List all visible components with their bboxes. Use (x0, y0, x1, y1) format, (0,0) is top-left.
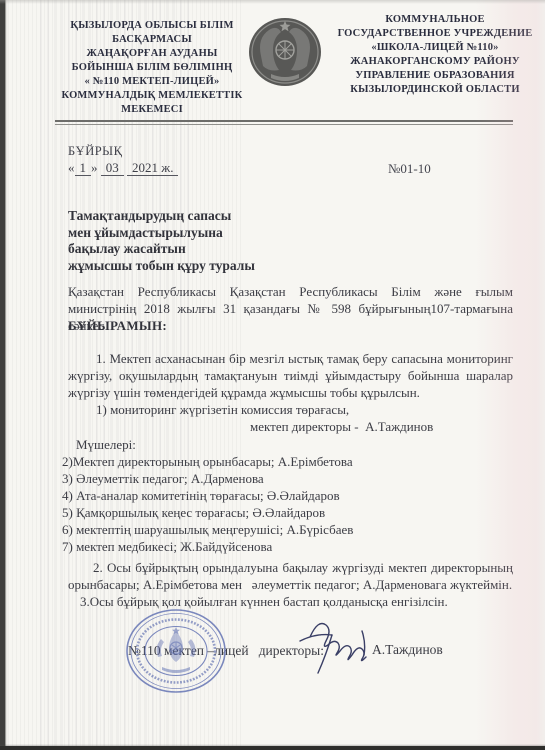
order-title: Тамақтандырудың сапасы мен ұйымдастырылу… (68, 208, 368, 274)
commission-chair: мектеп директоры - А.Таждинов (68, 418, 513, 435)
member-item: 4) Ата-аналар комитетінің төрағасы; Ә.Әл… (62, 487, 514, 504)
member-item: 3) Әлеуметтік педагог; А.Дарменова (62, 470, 514, 487)
item1-line: 1. Мектеп асханасынан бір мезгіл ыстық т… (68, 350, 513, 367)
item2-line: орынбасары; А.Ерімбетова мен әлеуметтік … (68, 576, 513, 593)
order-date: «1» 03 2021 ж. (68, 160, 178, 176)
scan-tint (475, 0, 545, 750)
scanned-order-document: ҚЫЗЫЛОРДА ОБЛЫСЫ БІЛІМ БАСҚАРМАСЫ ЖАҢАҚО… (0, 0, 545, 750)
quote-open: « (68, 160, 75, 175)
title-line: жұмысшы тобын құру туралы (68, 258, 368, 275)
letterhead-line: ҚЫЗЫЛОРДА ОБЛЫСЫ БІЛІМ (56, 19, 248, 33)
order-items-2-3: 2. Осы бұйрықтың орындалуына бақылау жүр… (68, 559, 513, 610)
member-item: 6) мектептің шаруашылық меңгерушісі; А.Б… (62, 521, 514, 538)
letterhead-line: БОЙЫНША БІЛІМ БӨЛІМІНҢ (56, 61, 248, 75)
letterhead-line: ЖАҢАҚОРҒАН АУДАНЫ (56, 47, 248, 61)
letterhead-line: « №110 МЕКТЕП-ЛИЦЕЙ» (56, 75, 248, 89)
director-name: А.Таждинов (372, 642, 443, 658)
scan-edge-bottom (0, 744, 545, 750)
resolve-word: БҰЙЫРАМЫН: (68, 317, 513, 334)
preamble: Қазақстан Республикасы Қазақстан Республ… (68, 283, 513, 334)
members-heading: Мүшелері: (62, 436, 514, 453)
letterhead-line: МЕКЕМЕСІ (56, 103, 248, 117)
official-seal-icon (124, 605, 228, 702)
member-item: 2)Мектеп директорының орынбасары; А.Ерім… (62, 453, 514, 470)
quote-close: » (91, 160, 98, 175)
director-signature-icon (296, 611, 378, 680)
item2-line: 2. Осы бұйрықтың орындалуына бақылау жүр… (68, 559, 513, 576)
letterhead-line: КОММУНАЛДЫҚ МЕМЛЕКЕТТІК (56, 89, 248, 103)
item1-line: жүргізу үшін төмендегідей құрамда жұмысш… (68, 384, 513, 401)
title-line: мен ұйымдастырылуына (68, 225, 368, 242)
item1-subitem: 1) мониторинг жүргізетін комиссия төраға… (68, 401, 513, 418)
scan-edge-top (0, 0, 545, 4)
item1-line: жүргізу, оқушылардың тамақтануын тиімді … (68, 367, 513, 384)
order-month: 03 (101, 160, 124, 176)
header-divider (55, 120, 513, 125)
kazakhstan-coat-of-arms-icon (247, 16, 323, 93)
order-year: 2021 ж. (127, 160, 178, 176)
member-item: 7) мектеп медбикесі; Ж.Байдүйсенова (62, 538, 514, 555)
order-item-1: 1. Мектеп асханасынан бір мезгіл ыстық т… (68, 350, 513, 435)
member-item: 5) Қамқоршылық кеңес төрағасы; Ә.Әлайдар… (62, 504, 514, 521)
scan-edge-left (0, 0, 8, 750)
preamble-line: министрінің 2018 жылғы 31 қазандағы № 59… (68, 300, 513, 317)
order-day: 1 (75, 160, 92, 176)
order-label: БҰЙРЫҚ (68, 144, 122, 159)
letterhead-kazakh: ҚЫЗЫЛОРДА ОБЛЫСЫ БІЛІМ БАСҚАРМАСЫ ЖАҢАҚО… (56, 19, 248, 117)
title-line: бақылау жасайтын (68, 241, 368, 258)
preamble-line: Қазақстан Республикасы Қазақстан Республ… (68, 283, 513, 300)
letterhead-line: БАСҚАРМАСЫ (56, 33, 248, 47)
order-number: №01-10 (388, 161, 431, 177)
title-line: Тамақтандырудың сапасы (68, 208, 368, 225)
members-list: Мүшелері: 2)Мектеп директорының орынбаса… (62, 436, 514, 555)
